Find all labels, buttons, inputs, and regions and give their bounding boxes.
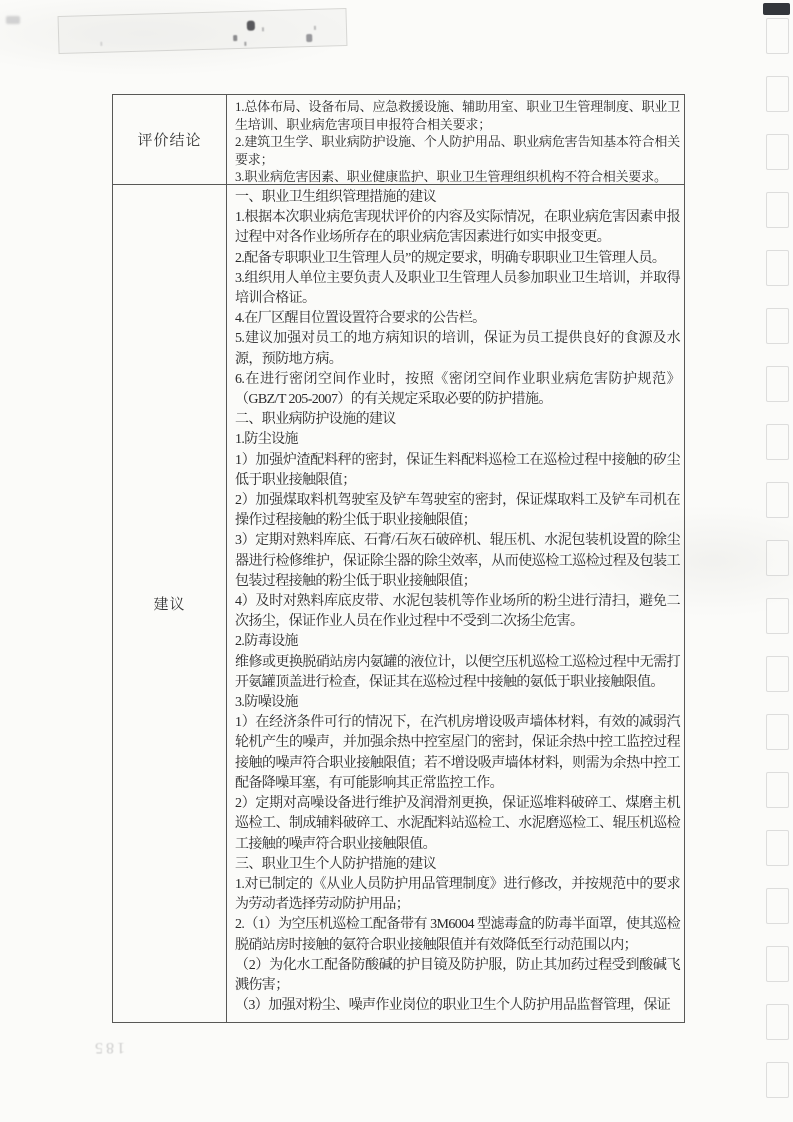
binding-hole — [766, 366, 789, 402]
suggestion-paragraph: 3.组织用人单位主要负责人及职业卫生管理人员参加职业卫生培训，并取得培训合格证。 — [235, 269, 680, 309]
scanned-page: 评价结论 1.总体布局、设备布局、应急救援设施、辅助用室、职业卫生管理制度、职业… — [0, 0, 793, 1122]
conclusion-paragraph: 2.建筑卫生学、职业病防护设施、个人防护用品、职业病危害告知基本符合相关要求； — [235, 133, 680, 168]
conclusion-paragraph: 1.总体布局、设备布局、应急救援设施、辅助用室、职业卫生管理制度、职业卫生培训、… — [235, 98, 680, 133]
suggestion-paragraph: 5.建议加强对员工的地方病知识的培训，保证为员工提供良好的食源及水源，预防地方病… — [235, 329, 680, 369]
suggestion-paragraph: 1）在经济条件可行的情况下，在汽机房增设吸声墙体材料，有效的减弱汽轮机产生的噪声… — [235, 713, 680, 794]
suggestion-paragraph: （2）为化水工配备防酸碱的护目镜及防护服，防止其加药过程受到酸碱飞溅伤害； — [235, 956, 680, 996]
suggestion-paragraph: 2.配备专职职业卫生管理人员”的规定要求，明确专职职业卫生管理人员。 — [235, 249, 680, 269]
scan-noise-mark — [6, 16, 20, 24]
suggestion-paragraph: 1.根据本次职业病危害现状评价的内容及实际情况，在职业病危害因素申报过程中对各作… — [235, 208, 680, 248]
ink-smudge — [247, 21, 255, 31]
binding-hole — [766, 772, 789, 808]
page-number: 185 — [92, 1038, 125, 1056]
suggestion-paragraph: 4.在厂区醒目位置设置符合要求的公告栏。 — [235, 309, 680, 329]
binding-hole — [766, 540, 789, 576]
binding-hole — [766, 192, 789, 228]
assessment-table: 评价结论 1.总体布局、设备布局、应急救援设施、辅助用室、职业卫生管理制度、职业… — [112, 94, 685, 1023]
binding-hole — [766, 134, 789, 170]
binding-hole — [766, 714, 789, 750]
binding-hole-dark — [763, 3, 790, 15]
suggestions-content: 一、职业卫生组织管理措施的建议1.根据本次职业病危害现状评价的内容及实际情况，在… — [227, 185, 684, 1022]
binding-hole — [766, 598, 789, 634]
suggestion-paragraph: 2.（1）为空压机巡检工配备带有 3M6004 型滤毒盒的防毒半面罩，使其巡检脱… — [235, 915, 680, 955]
suggestion-paragraph: 1.对已制定的《从业人员防护用品管理制度》进行修改，并按规范中的要求为劳动者选择… — [235, 875, 680, 915]
binding-hole — [766, 1062, 789, 1098]
binding-hole — [766, 76, 789, 112]
row-label-evaluation-conclusion: 评价结论 — [113, 95, 227, 185]
binding-hole — [766, 830, 789, 866]
binding-hole — [766, 18, 789, 54]
suggestion-paragraph: 2.防毒设施 — [235, 632, 680, 652]
suggestion-paragraph: 三、职业卫生个人防护措施的建议 — [235, 855, 680, 875]
binding-hole — [766, 482, 789, 518]
faded-stamp-mark — [58, 8, 348, 54]
binding-hole — [766, 946, 789, 982]
suggestion-paragraph: 4）及时对熟料库底皮带、水泥包装机等作业场所的粉尘进行清扫，避免二次扬尘，保证作… — [235, 592, 680, 632]
binding-holes — [751, 0, 793, 1122]
suggestion-paragraph: 2）定期对高噪设备进行维护及润滑剂更换，保证巡堆料破碎工、煤磨主机巡检工、制成辅… — [235, 794, 680, 855]
suggestion-paragraph: 1）加强炉渣配料秤的密封，保证生料配料巡检工在巡检过程中接触的矽尘低于职业接触限… — [235, 451, 680, 491]
binding-hole — [766, 888, 789, 924]
binding-hole — [766, 424, 789, 460]
evaluation-conclusion-content: 1.总体布局、设备布局、应急救援设施、辅助用室、职业卫生管理制度、职业卫生培训、… — [227, 95, 684, 185]
suggestion-paragraph: 6.在进行密闭空间作业时，按照《密闭空间作业职业病危害防护规范》（GBZ/T 2… — [235, 370, 680, 410]
suggestion-paragraph: 2）加强煤取料机驾驶室及铲车驾驶室的密封，保证煤取料工及铲车司机在操作过程接触的… — [235, 491, 680, 531]
binding-hole — [766, 308, 789, 344]
suggestion-paragraph: （3）加强对粉尘、噪声作业岗位的职业卫生个人防护用品监督管理，保证 — [235, 996, 680, 1016]
conclusion-paragraph: 3.职业病危害因素、职业健康监护、职业卫生管理组织机构不符合相关要求。 — [235, 168, 680, 185]
binding-hole — [766, 250, 789, 286]
suggestion-paragraph: 维修或更换脱硝站房内氨罐的液位计，以便空压机巡检工巡检过程中无需打开氨罐顶盖进行… — [235, 653, 680, 693]
binding-hole — [766, 1004, 789, 1040]
suggestion-paragraph: 3）定期对熟料库底、石膏/石灰石破碎机、辊压机、水泥包装机设置的除尘器进行检修维… — [235, 531, 680, 592]
binding-hole — [766, 656, 789, 692]
suggestion-paragraph: 1.防尘设施 — [235, 430, 680, 450]
row-label-suggestions: 建议 — [113, 185, 227, 1022]
suggestion-paragraph: 一、职业卫生组织管理措施的建议 — [235, 188, 680, 208]
suggestion-paragraph: 3.防噪设施 — [235, 693, 680, 713]
suggestion-paragraph: 二、职业病防护设施的建议 — [235, 410, 680, 430]
